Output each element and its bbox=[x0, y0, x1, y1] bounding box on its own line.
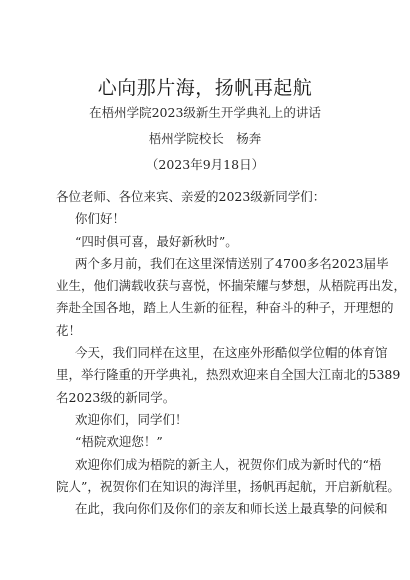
body-line: 业生，他们满载收获与喜悦，怀揣荣耀与梦想，从梧院再出发， bbox=[56, 275, 360, 297]
body-line: 各位老师、各位来宾、亲爱的2023级新同学们： bbox=[56, 186, 360, 208]
body-line: 在此，我向你们及你们的亲友和师长送上最真挚的问候和 bbox=[56, 498, 360, 520]
body-line: 院人”，祝贺你们在知识的海洋里，扬帆再起航，开启新航程。 bbox=[56, 476, 360, 498]
speech-subtitle: 在梧州学院2023级新生开学典礼上的讲话 bbox=[0, 104, 410, 122]
speech-date: （2023年9月18日） bbox=[0, 156, 410, 174]
body-line: 花！ bbox=[56, 320, 360, 342]
body-line: 名2023级的新同学。 bbox=[56, 387, 360, 409]
body-line: 两个多月前，我们在这里深情送别了4700多名2023届毕 bbox=[56, 253, 360, 275]
body-line: “四时俱可喜，最好新秋时”。 bbox=[56, 231, 360, 253]
body-line: 奔赴全国各地，踏上人生新的征程，种奋斗的种子，开理想的 bbox=[56, 297, 360, 319]
body-line: 你们好！ bbox=[56, 208, 360, 230]
speech-body: 各位老师、各位来宾、亲爱的2023级新同学们： 你们好！ “四时俱可喜，最好新秋… bbox=[56, 186, 360, 520]
body-line: 里，举行隆重的开学典礼，热烈欢迎来自全国大江南北的5389 bbox=[56, 364, 360, 386]
speech-author: 梧州学院校长 杨奔 bbox=[0, 130, 410, 148]
body-line: 今天，我们同样在这里，在这座外形酷似学位帽的体育馆 bbox=[56, 342, 360, 364]
document-page: 心向那片海，扬帆再起航 在梧州学院2023级新生开学典礼上的讲话 梧州学院校长 … bbox=[0, 0, 410, 580]
speech-title: 心向那片海，扬帆再起航 bbox=[0, 76, 410, 100]
body-line: 欢迎你们成为梧院的新主人，祝贺你们成为新时代的“梧 bbox=[56, 454, 360, 476]
body-line: “梧院欢迎您！” bbox=[56, 431, 360, 453]
body-line: 欢迎你们，同学们！ bbox=[56, 409, 360, 431]
